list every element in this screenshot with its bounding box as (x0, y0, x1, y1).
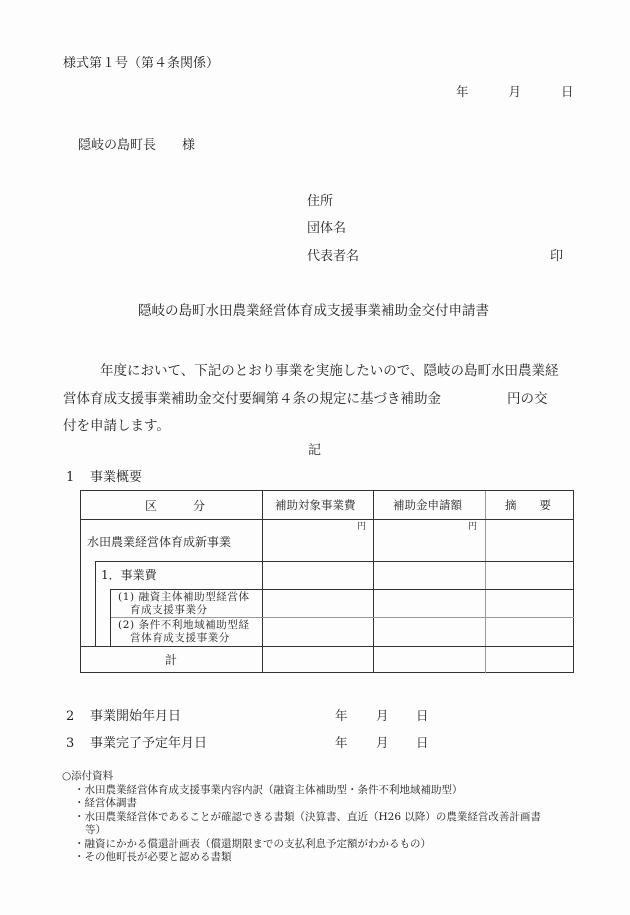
document-title: 隠岐の島町水田農業経営体育成支援事業補助金交付申請書 (138, 305, 489, 319)
section-2-title: 事業開始年月日 (90, 709, 181, 724)
date-month: 月 (508, 86, 521, 99)
application-date: 年 月 日 (456, 86, 573, 99)
section-2-heading: 2事業開始年月日 (66, 710, 181, 723)
body-line-1: 年度において、下記のとおり事業を実施したいので、隠岐の島町水田農業経 (63, 358, 578, 386)
body-line-2: 営体育成支援事業補助金交付要綱第４条の規定に基づき補助金円の交 (63, 386, 578, 414)
representative-label: 代表者名 (307, 250, 359, 263)
group-name-label: 団体名 (307, 222, 346, 235)
body-line-2b: 円の交 (507, 391, 548, 407)
addressee-suffix: 様 (182, 138, 195, 153)
attachment-item-continuation: 等） (62, 824, 582, 838)
body-line-2a: 営体育成支援事業補助金交付要綱第４条の規定に基づき補助金 (63, 391, 441, 407)
addressee-name: 隠岐の島町長 (78, 138, 156, 153)
header-divider (81, 519, 574, 520)
address-label: 住所 (307, 195, 333, 208)
section-3-title: 事業完了予定年月日 (90, 736, 207, 751)
start-year: 年 (335, 710, 348, 723)
row-project-cost-label: 1．事業費 (101, 569, 157, 581)
date-year: 年 (456, 86, 469, 99)
row-divider-3 (110, 617, 574, 618)
indent-line-1 (95, 561, 96, 646)
attachment-item: ・経営体調書 (62, 797, 582, 811)
form-number: 様式第１号（第４条関係） (63, 57, 219, 70)
section-1-heading: 1事業概要 (66, 471, 142, 484)
header-requested-amount: 補助金申請額 (393, 500, 462, 512)
indent-line-2 (110, 589, 111, 646)
header-category: 区 分 (145, 500, 205, 512)
row-divider-2 (110, 589, 574, 590)
section-3-heading: 3事業完了予定年月日 (66, 737, 207, 750)
yen-unit-request: 円 (468, 523, 477, 532)
header-remarks: 摘 要 (505, 500, 551, 512)
date-day: 日 (561, 86, 574, 99)
row-divider-4 (81, 646, 574, 647)
row-financing-type-label-1: (1) 融資主体補助型経営体 (118, 592, 250, 603)
ki-marker: 記 (308, 444, 321, 457)
end-month: 月 (376, 737, 389, 750)
body-line-3: 付を申請します。 (63, 413, 578, 441)
row-financing-type-label-2: 育成支援事業分 (130, 605, 208, 616)
addressee: 隠岐の島町長様 (78, 139, 195, 152)
section-2-number: 2 (66, 710, 90, 723)
application-body: 年度において、下記のとおり事業を実施したいので、隠岐の島町水田農業経 営体育成支… (63, 358, 578, 441)
yen-unit-cost: 円 (357, 523, 366, 532)
end-day: 日 (416, 737, 429, 750)
section-3-number: 3 (66, 737, 90, 750)
row-disadvantaged-type-label-1: (2) 条件不利地域補助型経 (118, 620, 250, 631)
row-disadvantaged-type-label-2: 営体育成支援事業分 (130, 633, 230, 644)
end-year: 年 (335, 737, 348, 750)
attachments-list: ○添付資料 ・水田農業経営体育成支援事業内容内訳（融資主体補助型・条件不利地域補… (62, 770, 582, 865)
section-1-title: 事業概要 (90, 470, 142, 485)
row-divider-1 (95, 561, 574, 562)
attachment-item: ・水田農業経営体であることが確認できる書類（決算書、直近（H26 以降）の農業経… (62, 811, 582, 825)
start-day: 日 (416, 710, 429, 723)
project-summary-table: 区 分 補助対象事業費 補助金申請額 摘 要 水田農業経営体育成新事業 円 円 … (80, 490, 574, 673)
row-total-label: 計 (165, 654, 177, 666)
attachment-item: ・融資にかかる償還計画表（償還期限までの支払利息予定額がわかるもの） (62, 838, 582, 852)
start-month: 月 (376, 710, 389, 723)
seal-mark: 印 (550, 250, 563, 263)
attachment-item: ・その他町長が必要と認める書類 (62, 851, 582, 865)
row-main-project-label: 水田農業経営体育成新事業 (87, 536, 231, 548)
attachments-heading: ○添付資料 (62, 770, 582, 784)
section-1-number: 1 (66, 471, 90, 484)
header-eligible-cost: 補助対象事業費 (275, 500, 356, 512)
attachment-item: ・水田農業経営体育成支援事業内容内訳（融資主体補助型・条件不利地域補助型） (62, 784, 582, 798)
